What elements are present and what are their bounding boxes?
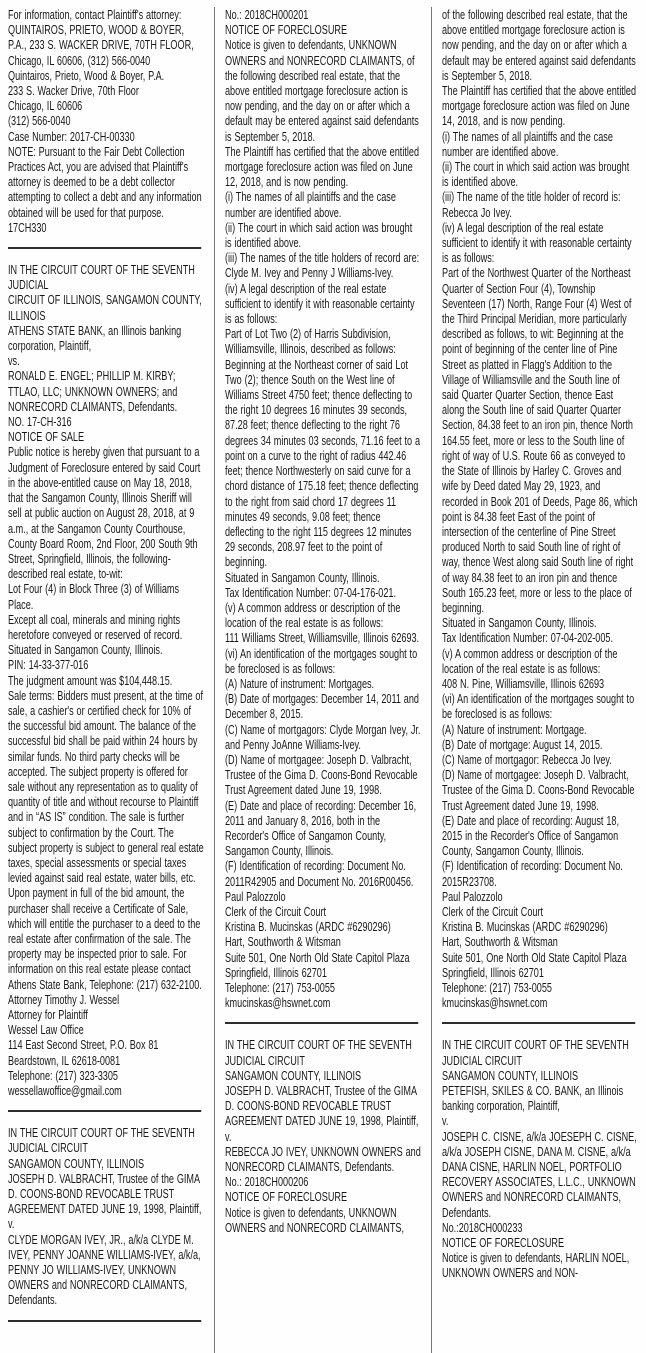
legal-notice-paragraph: Attorney for Plaintiff <box>8 1007 204 1022</box>
legal-notice-paragraph: (C) Name of mortgagors: Clyde Morgan Ive… <box>225 722 421 752</box>
legal-notice-paragraph: Notice is given to defendants, HARLIN NO… <box>442 1250 638 1280</box>
legal-notice-paragraph: (ii) The court in which said action was … <box>442 159 638 189</box>
legal-notice-paragraph: CLYDE MORGAN IVEY, JR., a/k/a CLYDE M. I… <box>8 1232 204 1308</box>
legal-notice-paragraph: Lot Four (4) in Block Three (3) of Willi… <box>8 581 204 611</box>
legal-notice-paragraph: (i) The names of all plaintiffs and the … <box>442 129 638 159</box>
legal-notice-paragraph: Public notice is hereby given that pursu… <box>8 444 204 581</box>
legal-notice-paragraph: For information, contact Plaintiff's att… <box>8 7 204 68</box>
legal-notice-paragraph: (C) Name of mortgagor: Rebecca Jo Ivey. <box>442 752 638 767</box>
legal-notice-paragraph: JOSEPH C. CISNE, a/k/a JOESEPH C. CISNE,… <box>442 1129 638 1220</box>
legal-notice-paragraph: Springfield, Illinois 62701 <box>442 965 638 980</box>
legal-notice-paragraph: (B) Date of mortgages: December 14, 2011… <box>225 691 421 721</box>
legal-notice-paragraph: (iv) A legal description of the real est… <box>225 281 421 327</box>
legal-notice-paragraph: Suite 501, One North Old State Capitol P… <box>442 950 638 965</box>
legal-notice-paragraph: Situated in Sangamon County, Illinois. <box>225 570 421 585</box>
legal-notice-paragraph: Hart, Southworth & Witsman <box>442 934 638 949</box>
legal-notice-paragraph: Kristina B. Mucinskas (ARDC #6290296) <box>442 919 638 934</box>
legal-notice-paragraph: No.: 2018CH000206 <box>225 1174 421 1189</box>
section-divider-rule <box>442 1022 635 1024</box>
legal-notice-paragraph: Hart, Southworth & Witsman <box>225 934 421 949</box>
legal-notice-paragraph: PIN: 14-33-377-016 <box>8 657 204 672</box>
column-separator-1 <box>214 7 215 1353</box>
legal-notice-paragraph: Attorney Timothy J. Wessel <box>8 992 204 1007</box>
legal-notice-paragraph: Paul Palozzolo <box>225 889 421 904</box>
legal-notice-paragraph: (v) A common address or description of t… <box>442 646 638 676</box>
legal-notice-paragraph: Part of Lot Two (2) of Harris Subdivisio… <box>225 326 421 569</box>
section-divider-rule <box>8 247 201 249</box>
legal-notice-paragraph: kmucinskas@hswnet.com <box>225 995 421 1010</box>
legal-notice-paragraph: Springfield, Illinois 62701 <box>225 965 421 980</box>
legal-notice-paragraph: IN THE CIRCUIT COURT OF THE SEVENTH JUDI… <box>442 1037 638 1067</box>
legal-notice-paragraph: (E) Date and place of recording: August … <box>442 813 638 859</box>
legal-notice-paragraph: v. <box>225 1129 421 1144</box>
legal-notice-paragraph: Suite 501, One North Old State Capitol P… <box>225 950 421 965</box>
legal-notice-paragraph: SANGAMON COUNTY, ILLINOIS <box>442 1068 638 1083</box>
legal-notice-paragraph: of the following described real estate, … <box>442 7 638 83</box>
legal-notice-paragraph: (ii) The court in which said action was … <box>225 220 421 250</box>
legal-notice-paragraph: (F) Identification of recording: Documen… <box>442 858 638 888</box>
legal-notice-paragraph: Notice is given to defendants, UNKNOWN O… <box>225 37 421 143</box>
legal-notice-paragraph: SANGAMON COUNTY, ILLINOIS <box>225 1068 421 1083</box>
legal-notice-paragraph: The judgment amount was $104,448.15. <box>8 673 204 688</box>
legal-notice-paragraph: Telephone: (217) 323-3305 <box>8 1068 204 1083</box>
legal-notice-paragraph: No.: 2018CH000201 <box>225 7 421 22</box>
section-divider-rule <box>225 1022 418 1024</box>
notice-column-1-text: For information, contact Plaintiff's att… <box>8 7 204 1322</box>
legal-notice-paragraph: JOSEPH D. VALBRACHT, Trustee of the GIMA… <box>225 1083 421 1129</box>
notice-column-1: For information, contact Plaintiff's att… <box>8 7 204 1353</box>
legal-notice-paragraph: (D) Name of mortgagee: Joseph D. Valbrac… <box>442 767 638 813</box>
legal-notice-paragraph: Chicago, IL 60606 <box>8 98 204 113</box>
legal-notice-paragraph: Except all coal, minerals and mining rig… <box>8 612 204 642</box>
legal-notice-paragraph: v. <box>442 1113 638 1128</box>
legal-notice-paragraph: Part of the Northwest Quarter of the Nor… <box>442 265 638 615</box>
legal-notice-paragraph: IN THE CIRCUIT COURT OF THE SEVENTH JUDI… <box>8 1125 204 1155</box>
legal-notice-paragraph: IN THE CIRCUIT COURT OF THE SEVENTH JUDI… <box>8 262 204 292</box>
legal-notice-paragraph: Situated in Sangamon County, Illinois. <box>8 642 204 657</box>
legal-notice-paragraph: Telephone: (217) 753-0055 <box>225 980 421 995</box>
legal-notice-paragraph: JOSEPH D. VALBRACHT, Trustee of the GIMA… <box>8 1171 204 1217</box>
legal-notice-paragraph: PETEFISH, SKILES & CO. BANK, an Illinois… <box>442 1083 638 1113</box>
legal-notice-paragraph: 114 East Second Street, P.O. Box 81 <box>8 1037 204 1052</box>
legal-notice-paragraph: Telephone: (217) 753-0055 <box>442 980 638 995</box>
legal-notice-paragraph: NOTE: Pursuant to the Fair Debt Collecti… <box>8 144 204 220</box>
legal-notice-paragraph: Wessel Law Office <box>8 1022 204 1037</box>
legal-notice-paragraph: NOTICE OF SALE <box>8 429 204 444</box>
legal-notice-paragraph: (D) Name of mortgagee: Joseph D. Valbrac… <box>225 752 421 798</box>
legal-notice-paragraph: The Plaintiff has certified that the abo… <box>442 83 638 129</box>
legal-notice-paragraph: vs. <box>8 353 204 368</box>
legal-notice-paragraph: 111 Williams Street, Williamsville, Illi… <box>225 630 421 645</box>
legal-notice-paragraph: (iii) The name of the title holder of re… <box>442 189 638 204</box>
legal-notice-paragraph: Clerk of the Circuit Court <box>225 904 421 919</box>
legal-notice-paragraph: 233 S. Wacker Drive, 70th Floor <box>8 83 204 98</box>
legal-notice-paragraph: Case Number: 2017-CH-00330 <box>8 129 204 144</box>
legal-notice-paragraph: NOTICE OF FORECLOSURE <box>442 1235 638 1250</box>
legal-notice-paragraph: (iii) The names of the title holders of … <box>225 250 421 265</box>
column-separator-2 <box>431 7 432 1353</box>
legal-notice-paragraph: (iv) A legal description of the real est… <box>442 220 638 266</box>
legal-notice-paragraph: Tax Identification Number: 07-04-176-021… <box>225 585 421 600</box>
notice-column-2: No.: 2018CH000201NOTICE OF FORECLOSURENo… <box>225 7 421 1353</box>
legal-notice-paragraph: (F) Identification of recording: Documen… <box>225 858 421 888</box>
notice-column-3: of the following described real estate, … <box>442 7 638 1353</box>
legal-notice-paragraph: NO. 17-CH-316 <box>8 414 204 429</box>
legal-notice-paragraph: (vi) An identification of the mortgages … <box>442 691 638 721</box>
legal-notice-paragraph: 17CH330 <box>8 220 204 235</box>
legal-notice-paragraph: (A) Nature of instrument: Mortgage. <box>442 722 638 737</box>
legal-notice-paragraph: SANGAMON COUNTY, ILLINOIS <box>8 1156 204 1171</box>
legal-notice-paragraph: (E) Date and place of recording: Decembe… <box>225 798 421 859</box>
legal-notice-paragraph: wessellawoffice@gmail.com <box>8 1083 204 1098</box>
legal-notice-paragraph: No.:2018CH000233 <box>442 1220 638 1235</box>
legal-notice-paragraph: Clyde M. Ivey and Penny J Williams-Ivey. <box>225 265 421 280</box>
legal-notice-paragraph: (vi) An identification of the mortgages … <box>225 646 421 676</box>
notice-column-2-text: No.: 2018CH000201NOTICE OF FORECLOSURENo… <box>225 7 421 1235</box>
legal-notice-paragraph: kmucinskas@hswnet.com <box>442 995 638 1010</box>
legal-notice-paragraph: (i) The names of all plaintiffs and the … <box>225 189 421 219</box>
legal-notice-paragraph: NOTICE OF FORECLOSURE <box>225 22 421 37</box>
legal-notice-paragraph: Tax Identification Number: 07-04-202-005… <box>442 630 638 645</box>
legal-notice-paragraph: NOTICE OF FORECLOSURE <box>225 1189 421 1204</box>
legal-notice-paragraph: Clerk of the Circuit Court <box>442 904 638 919</box>
legal-notice-paragraph: Beardstown, IL 62618-0081 <box>8 1053 204 1068</box>
legal-notice-paragraph: Situated in Sangamon County, Illinois. <box>442 615 638 630</box>
notice-column-3-text: of the following described real estate, … <box>442 7 638 1281</box>
section-divider-rule <box>8 1320 201 1322</box>
legal-notice-paragraph: REBECCA JO IVEY, UNKNOWN OWNERS and NONR… <box>225 1144 421 1174</box>
legal-notice-paragraph: v. <box>8 1216 204 1231</box>
legal-notice-paragraph: (v) A common address or description of t… <box>225 600 421 630</box>
legal-notice-paragraph: Sale terms: Bidders must present, at the… <box>8 688 204 992</box>
legal-notice-paragraph: ATHENS STATE BANK, an Illinois banking c… <box>8 323 204 353</box>
legal-notice-paragraph: RONALD E. ENGEL; PHILLIP M. KIRBY; TTLAO… <box>8 368 204 414</box>
legal-notice-paragraph: Paul Palozzolo <box>442 889 638 904</box>
legal-notice-paragraph: 408 N. Pine, Williamsville, Illinois 626… <box>442 676 638 691</box>
legal-notice-paragraph: Kristina B. Mucinskas (ARDC #6290296) <box>225 919 421 934</box>
legal-notice-paragraph: Notice is given to defendants, UNKNOWN O… <box>225 1205 421 1235</box>
legal-notices-page: For information, contact Plaintiff's att… <box>0 0 646 1353</box>
legal-notice-paragraph: Quintairos, Prieto, Wood & Boyer, P.A. <box>8 68 204 83</box>
legal-notice-paragraph: The Plaintiff has certified that the abo… <box>225 144 421 190</box>
legal-notice-paragraph: (A) Nature of instrument: Mortgages. <box>225 676 421 691</box>
legal-notice-paragraph: CIRCUIT OF ILLINOIS, SANGAMON COUNTY, IL… <box>8 292 204 322</box>
section-divider-rule <box>8 1110 201 1112</box>
legal-notice-paragraph: (312) 566-0040 <box>8 113 204 128</box>
legal-notice-paragraph: (B) Date of mortgage: August 14, 2015. <box>442 737 638 752</box>
legal-notice-paragraph: Rebecca Jo Ivey. <box>442 205 638 220</box>
legal-notice-paragraph: IN THE CIRCUIT COURT OF THE SEVENTH JUDI… <box>225 1037 421 1067</box>
